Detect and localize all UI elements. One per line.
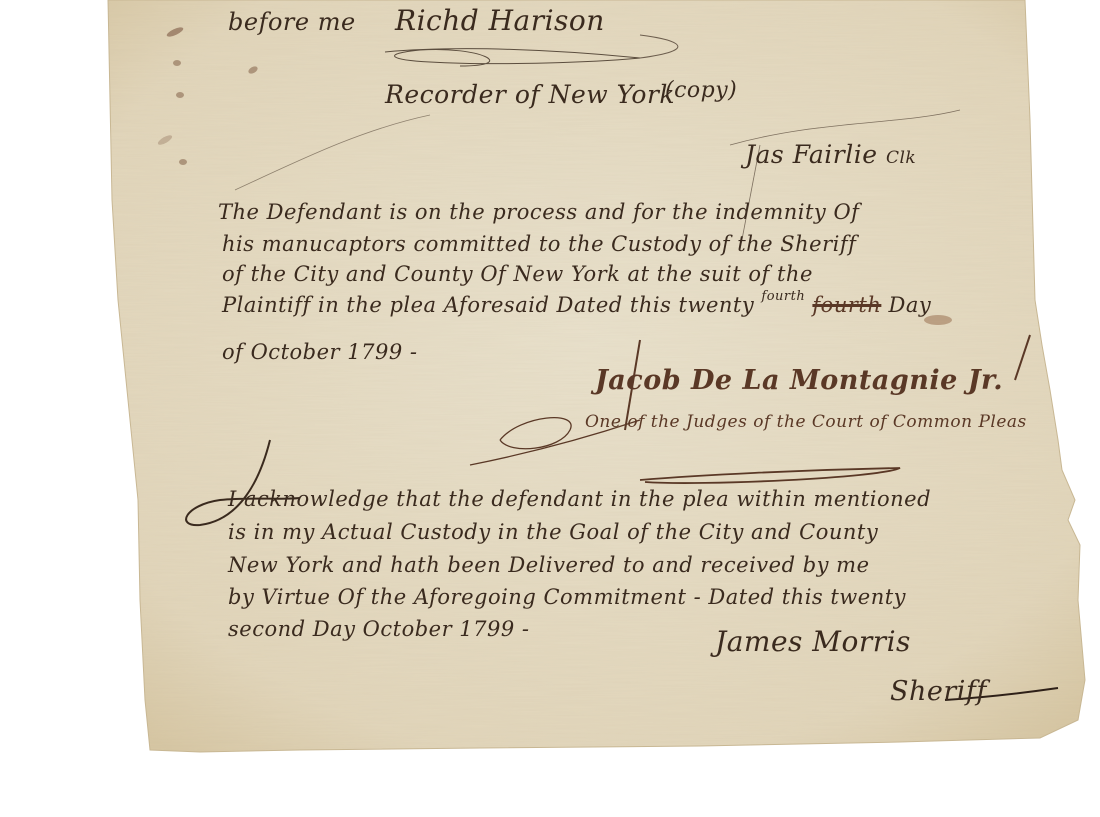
recorder-title: Recorder of New York xyxy=(385,80,675,109)
para1-line-2: his manucaptors committed to the Custody… xyxy=(222,232,856,256)
judge-title: One of the Judges of the Court of Common… xyxy=(585,412,1027,432)
para1-line-1: The Defendant is on the process and for … xyxy=(218,200,859,224)
clerk-title: Clk xyxy=(886,148,916,168)
sheriff-signature: James Morris xyxy=(715,625,911,658)
judge-signature: Jacob De La Montagnie Jr. xyxy=(595,365,1003,396)
inserted-word: fourth xyxy=(761,289,805,304)
para1-line-4: Plaintiff in the plea Aforesaid Dated th… xyxy=(222,293,931,317)
para2-line-3: New York and hath been Delivered to and … xyxy=(228,553,870,577)
para1-line-3: of the City and County Of New York at th… xyxy=(222,262,813,286)
para1-line-4-text: Plaintiff in the plea Aforesaid Dated th… xyxy=(222,293,754,317)
clerk-signature: Jas Fairlie Clk xyxy=(745,140,916,169)
recorder-signature: Richd Harison xyxy=(395,4,605,37)
para2-line-5: second Day October 1799 - xyxy=(228,617,530,641)
sheriff-title: Sheriff xyxy=(890,676,987,707)
clerk-name: Jas Fairlie xyxy=(745,140,878,169)
para2-line-2: is in my Actual Custody in the Goal of t… xyxy=(228,520,878,544)
para1-line-5: of October 1799 - xyxy=(222,340,417,364)
struck-word: fourth xyxy=(812,293,881,317)
copy-mark: (copy) xyxy=(665,78,737,103)
before-me-text: before me xyxy=(228,8,356,36)
day-word: Day xyxy=(889,293,932,317)
document-page: before me Richd Harison Recorder of New … xyxy=(0,0,1100,817)
para2-line-4: by Virtue Of the Aforegoing Commitment -… xyxy=(228,585,906,609)
para2-line-1: I acknowledge that the defendant in the … xyxy=(228,487,931,511)
